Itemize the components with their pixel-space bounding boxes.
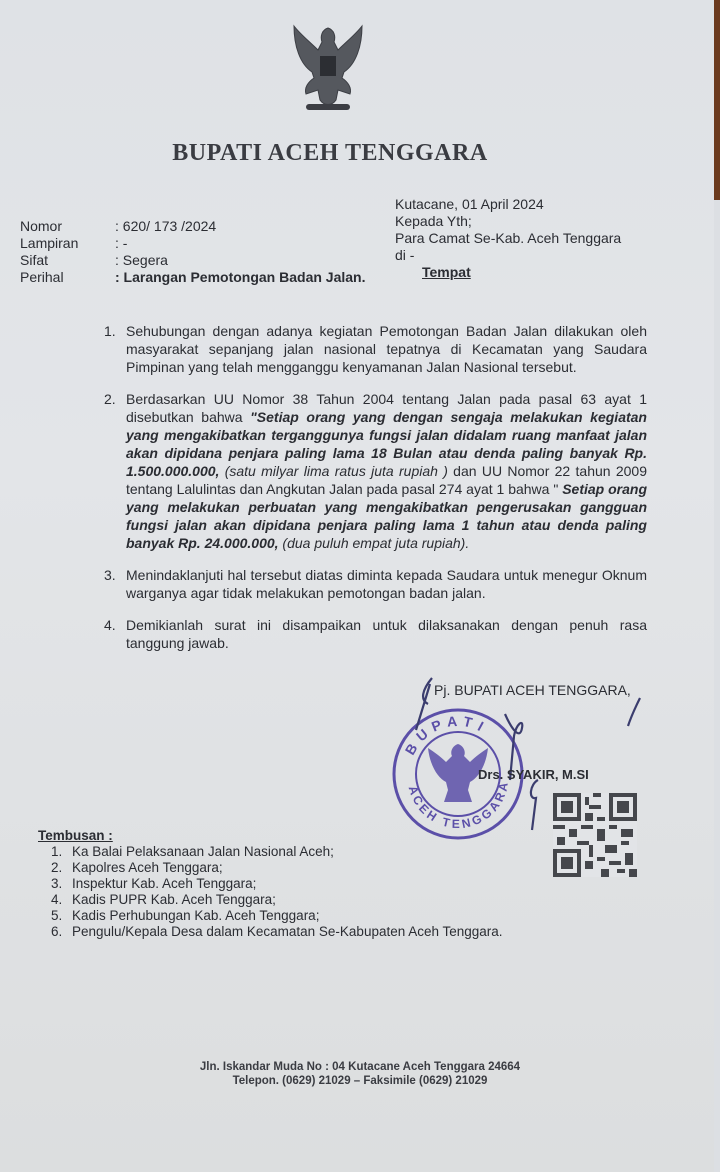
garuda-emblem-icon <box>282 20 374 115</box>
letter-body: 1. Sehubungan dengan adanya kegiatan Pem… <box>104 322 647 666</box>
tembusan-item: Pengulu/Kepala Desa dalam Kecamatan Se-K… <box>66 924 503 940</box>
tembusan-item: Kadis PUPR Kab. Aceh Tenggara; <box>66 892 503 908</box>
tembusan-section: Tembusan : Ka Balai Pelaksanaan Jalan Na… <box>38 828 503 940</box>
recipient-to: Para Camat Se-Kab. Aceh Tenggara <box>395 230 621 247</box>
recipient-tempat: Tempat <box>422 264 621 281</box>
tembusan-item: Kapolres Aceh Tenggara; <box>66 860 503 876</box>
body-item: 4. Demikianlah surat ini disampaikan unt… <box>104 616 647 652</box>
meta-sifat: Sifat: Segera <box>20 252 366 269</box>
qr-code-icon <box>553 793 637 877</box>
tembusan-item: Kadis Perhubungan Kab. Aceh Tenggara; <box>66 908 503 924</box>
footer-phone: Telepon. (0629) 21029 – Faksimile (0629)… <box>140 1074 580 1088</box>
letter-meta: Nomor: 620/ 173 /2024 Lampiran: - Sifat:… <box>20 218 366 286</box>
place-date: Kutacane, 01 April 2024 <box>395 196 621 213</box>
svg-text:BUPATI: BUPATI <box>402 713 492 758</box>
table-edge <box>714 0 720 200</box>
kepada: Kepada Yth; <box>395 213 621 230</box>
body-item: 3. Menindaklanjuti hal tersebut diatas d… <box>104 566 647 602</box>
meta-perihal: Perihal: Larangan Pemotongan Badan Jalan… <box>20 269 366 286</box>
meta-nomor: Nomor: 620/ 173 /2024 <box>20 218 366 235</box>
tembusan-list: Ka Balai Pelaksanaan Jalan Nasional Aceh… <box>38 844 503 940</box>
recipient-block: Kutacane, 01 April 2024 Kepada Yth; Para… <box>395 196 621 281</box>
signatory-name: Drs. SYAKIR, M.SI <box>478 767 589 782</box>
tembusan-title: Tembusan : <box>38 828 503 844</box>
letterhead-title: BUPATI ACEH TENGGARA <box>0 140 660 167</box>
recipient-di: di - <box>395 247 621 264</box>
footer-address: Jln. Iskandar Muda No : 04 Kutacane Aceh… <box>140 1060 580 1074</box>
signature-title: Pj. BUPATI ACEH TENGGARA, <box>434 682 631 698</box>
body-item: 1. Sehubungan dengan adanya kegiatan Pem… <box>104 322 647 376</box>
tembusan-item: Inspektur Kab. Aceh Tenggara; <box>66 876 503 892</box>
meta-lampiran: Lampiran: - <box>20 235 366 252</box>
letter-footer: Jln. Iskandar Muda No : 04 Kutacane Aceh… <box>140 1060 580 1088</box>
tembusan-item: Ka Balai Pelaksanaan Jalan Nasional Aceh… <box>66 844 503 860</box>
body-item: 2. Berdasarkan UU Nomor 38 Tahun 2004 te… <box>104 390 647 552</box>
